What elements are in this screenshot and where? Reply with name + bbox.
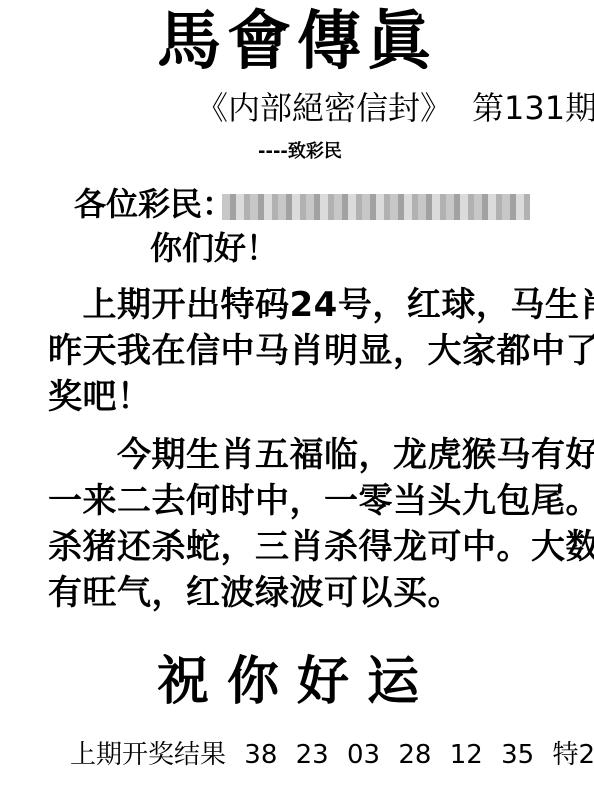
paragraph-line: 一来二去何时中，一零当头九包尾。杀鼠 bbox=[48, 478, 568, 524]
paragraph-line: 杀猪还杀蛇，三肖杀得龙可中。大数特码 bbox=[48, 524, 568, 570]
subtitle-label: 《内部絕密信封》 bbox=[196, 89, 452, 127]
document-title: 馬會傳眞 bbox=[0, 4, 594, 80]
paragraph-line: 昨天我在信中马肖明显，大家都中了大 bbox=[48, 328, 568, 374]
paragraph-2: 今期生肖五福临，龙虎猴马有好运。 一来二去何时中，一零当头九包尾。杀鼠 杀猪还杀… bbox=[48, 432, 568, 616]
result-number: 12 bbox=[450, 740, 483, 770]
salutation: 各位彩民： bbox=[74, 184, 234, 224]
issue-number: 第131期 bbox=[472, 89, 594, 127]
subtitle: 《内部絕密信封》第131期 bbox=[196, 88, 594, 128]
result-number: 28 bbox=[398, 740, 431, 770]
redacted-contact bbox=[222, 194, 530, 220]
result-number: 03 bbox=[347, 740, 380, 770]
result-number: 35 bbox=[501, 740, 534, 770]
results-label: 上期开奖结果 bbox=[70, 740, 226, 770]
previous-results: 上期开奖结果 38 23 03 28 12 35 特24 bbox=[70, 738, 594, 772]
recipient-line: ----致彩民 bbox=[258, 140, 342, 164]
paragraph-1: 上期开出特码24号，红球，马生肖。 昨天我在信中马肖明显，大家都中了大 奖吧！ bbox=[48, 282, 568, 420]
paragraph-line: 今期生肖五福临，龙虎猴马有好运。 bbox=[48, 432, 568, 478]
paragraph-line: 上期开出特码24号，红球，马生肖。 bbox=[48, 282, 568, 328]
result-number: 38 bbox=[244, 740, 277, 770]
paragraph-line: 奖吧！ bbox=[48, 374, 568, 420]
result-number: 23 bbox=[296, 740, 329, 770]
paragraph-line: 有旺气，红波绿波可以买。 bbox=[48, 570, 568, 616]
greeting: 你们好！ bbox=[150, 228, 278, 268]
special-number: 特24 bbox=[552, 740, 594, 770]
closing-wish: 祝你好运 bbox=[0, 650, 594, 714]
